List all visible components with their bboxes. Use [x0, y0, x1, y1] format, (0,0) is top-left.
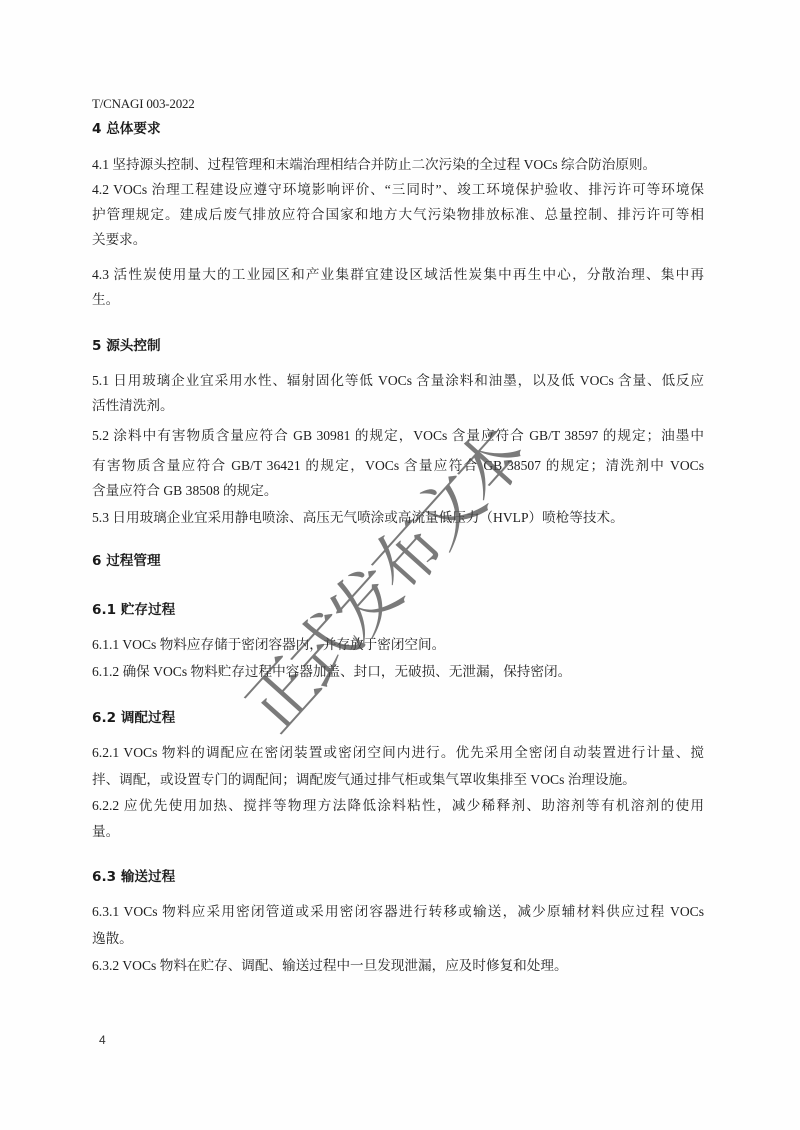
clause-4-1: 4.1 坚持源头控制、过程管理和末端治理相结合并防止二次污染的全过程 VOCs … — [92, 156, 704, 174]
clause-6-1-1: 6.1.1 VOCs 物料应存储于密闭容器内，并存放于密闭空间。 — [92, 636, 704, 654]
clause-5-1-line-2: 活性清洗剂。 — [92, 397, 704, 415]
clause-6-3-1-line-2: 逸散。 — [92, 930, 704, 948]
clause-5-2-line-2: 有害物质含量应符合 GB/T 36421 的规定，VOCs 含量应符合 GB 3… — [92, 457, 704, 475]
clause-4-3-line-2: 生。 — [92, 291, 704, 309]
section-4-heading: 4 总体要求 — [92, 120, 161, 138]
clause-6-2-1-line-2: 拌、调配，或设置专门的调配间；调配废气通过排气柜或集气罩收集排至 VOCs 治理… — [92, 771, 704, 789]
page-number: 4 — [99, 1033, 106, 1047]
clause-6-1-2: 6.1.2 确保 VOCs 物料贮存过程中容器加盖、封口，无破损、无泄漏，保持密… — [92, 663, 704, 681]
clause-5-2-line-1: 5.2 涂料中有害物质含量应符合 GB 30981 的规定，VOCs 含量应符合… — [92, 427, 704, 445]
section-5-heading: 5 源头控制 — [92, 337, 161, 355]
clause-6-2-2-line-2: 量。 — [92, 823, 704, 841]
standard-code: T/CNAGI 003-2022 — [92, 96, 195, 112]
section-6-3-heading: 6.3 输送过程 — [92, 868, 175, 886]
section-6-1-heading: 6.1 贮存过程 — [92, 601, 175, 619]
document-page: T/CNAGI 003-2022 4 总体要求 4.1 坚持源头控制、过程管理和… — [0, 0, 800, 1130]
clause-5-1-line-1: 5.1 日用玻璃企业宜采用水性、辐射固化等低 VOCs 含量涂料和油墨，以及低 … — [92, 372, 704, 390]
clause-4-2-line-2: 护管理规定。建成后废气排放应符合国家和地方大气污染物排放标准、总量控制、排污许可… — [92, 206, 704, 224]
clause-4-3-line-1: 4.3 活性炭使用量大的工业园区和产业集群宜建设区域活性炭集中再生中心，分散治理… — [92, 266, 704, 284]
clause-6-3-1-line-1: 6.3.1 VOCs 物料应采用密闭管道或采用密闭容器进行转移或输送，减少原辅材… — [92, 903, 704, 921]
clause-4-2-line-1: 4.2 VOCs 治理工程建设应遵守环境影响评价、“三同时”、竣工环境保护验收、… — [92, 181, 704, 199]
clause-5-3: 5.3 日用玻璃企业宜采用静电喷涂、高压无气喷涂或高流量低压力（HVLP）喷枪等… — [92, 509, 704, 527]
clause-5-2-line-3: 含量应符合 GB 38508 的规定。 — [92, 482, 704, 500]
section-6-heading: 6 过程管理 — [92, 552, 161, 570]
clause-6-2-1-line-1: 6.2.1 VOCs 物料的调配应在密闭装置或密闭空间内进行。优先采用全密闭自动… — [92, 744, 704, 762]
clause-4-2-line-3: 关要求。 — [92, 231, 704, 249]
clause-6-2-2-line-1: 6.2.2 应优先使用加热、搅拌等物理方法降低涂料粘性，减少稀释剂、助溶剂等有机… — [92, 797, 704, 815]
section-6-2-heading: 6.2 调配过程 — [92, 709, 175, 727]
clause-6-3-2: 6.3.2 VOCs 物料在贮存、调配、输送过程中一旦发现泄漏，应及时修复和处理… — [92, 957, 704, 975]
